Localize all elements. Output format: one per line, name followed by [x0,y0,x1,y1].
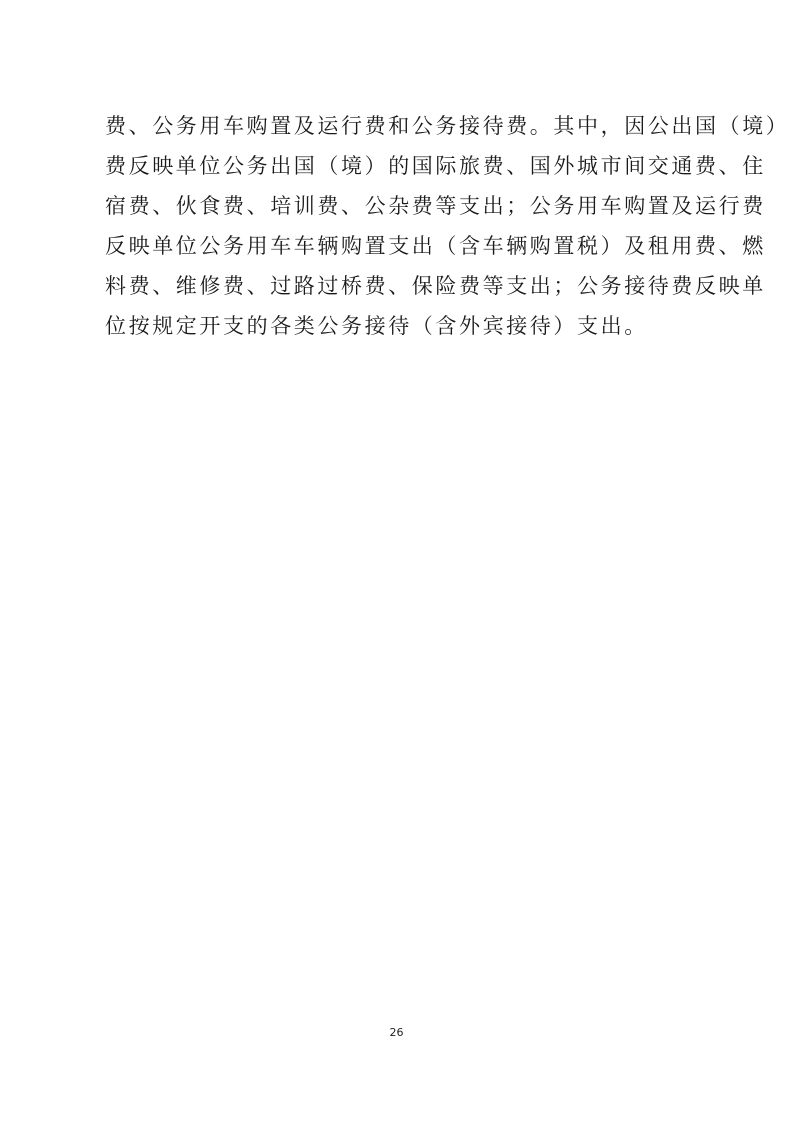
paragraph-line: 费、公务用车购置及运行费和公务接待费。其中，因公出国（境） [105,106,705,146]
paragraph-line: 费反映单位公务出国（境）的国际旅费、国外城市间交通费、住 [105,146,705,186]
page-number: 26 [0,1026,793,1039]
paragraph-line: 料费、维修费、过路过桥费、保险费等支出；公务接待费反映单 [105,266,705,306]
body-paragraph: 费、公务用车购置及运行费和公务接待费。其中，因公出国（境） 费反映单位公务出国（… [105,106,705,346]
document-page: 费、公务用车购置及运行费和公务接待费。其中，因公出国（境） 费反映单位公务出国（… [0,0,793,1122]
paragraph-line: 宿费、伙食费、培训费、公杂费等支出；公务用车购置及运行费 [105,186,705,226]
paragraph-line: 反映单位公务用车车辆购置支出（含车辆购置税）及租用费、燃 [105,226,705,266]
paragraph-line: 位按规定开支的各类公务接待（含外宾接待）支出。 [105,306,705,346]
